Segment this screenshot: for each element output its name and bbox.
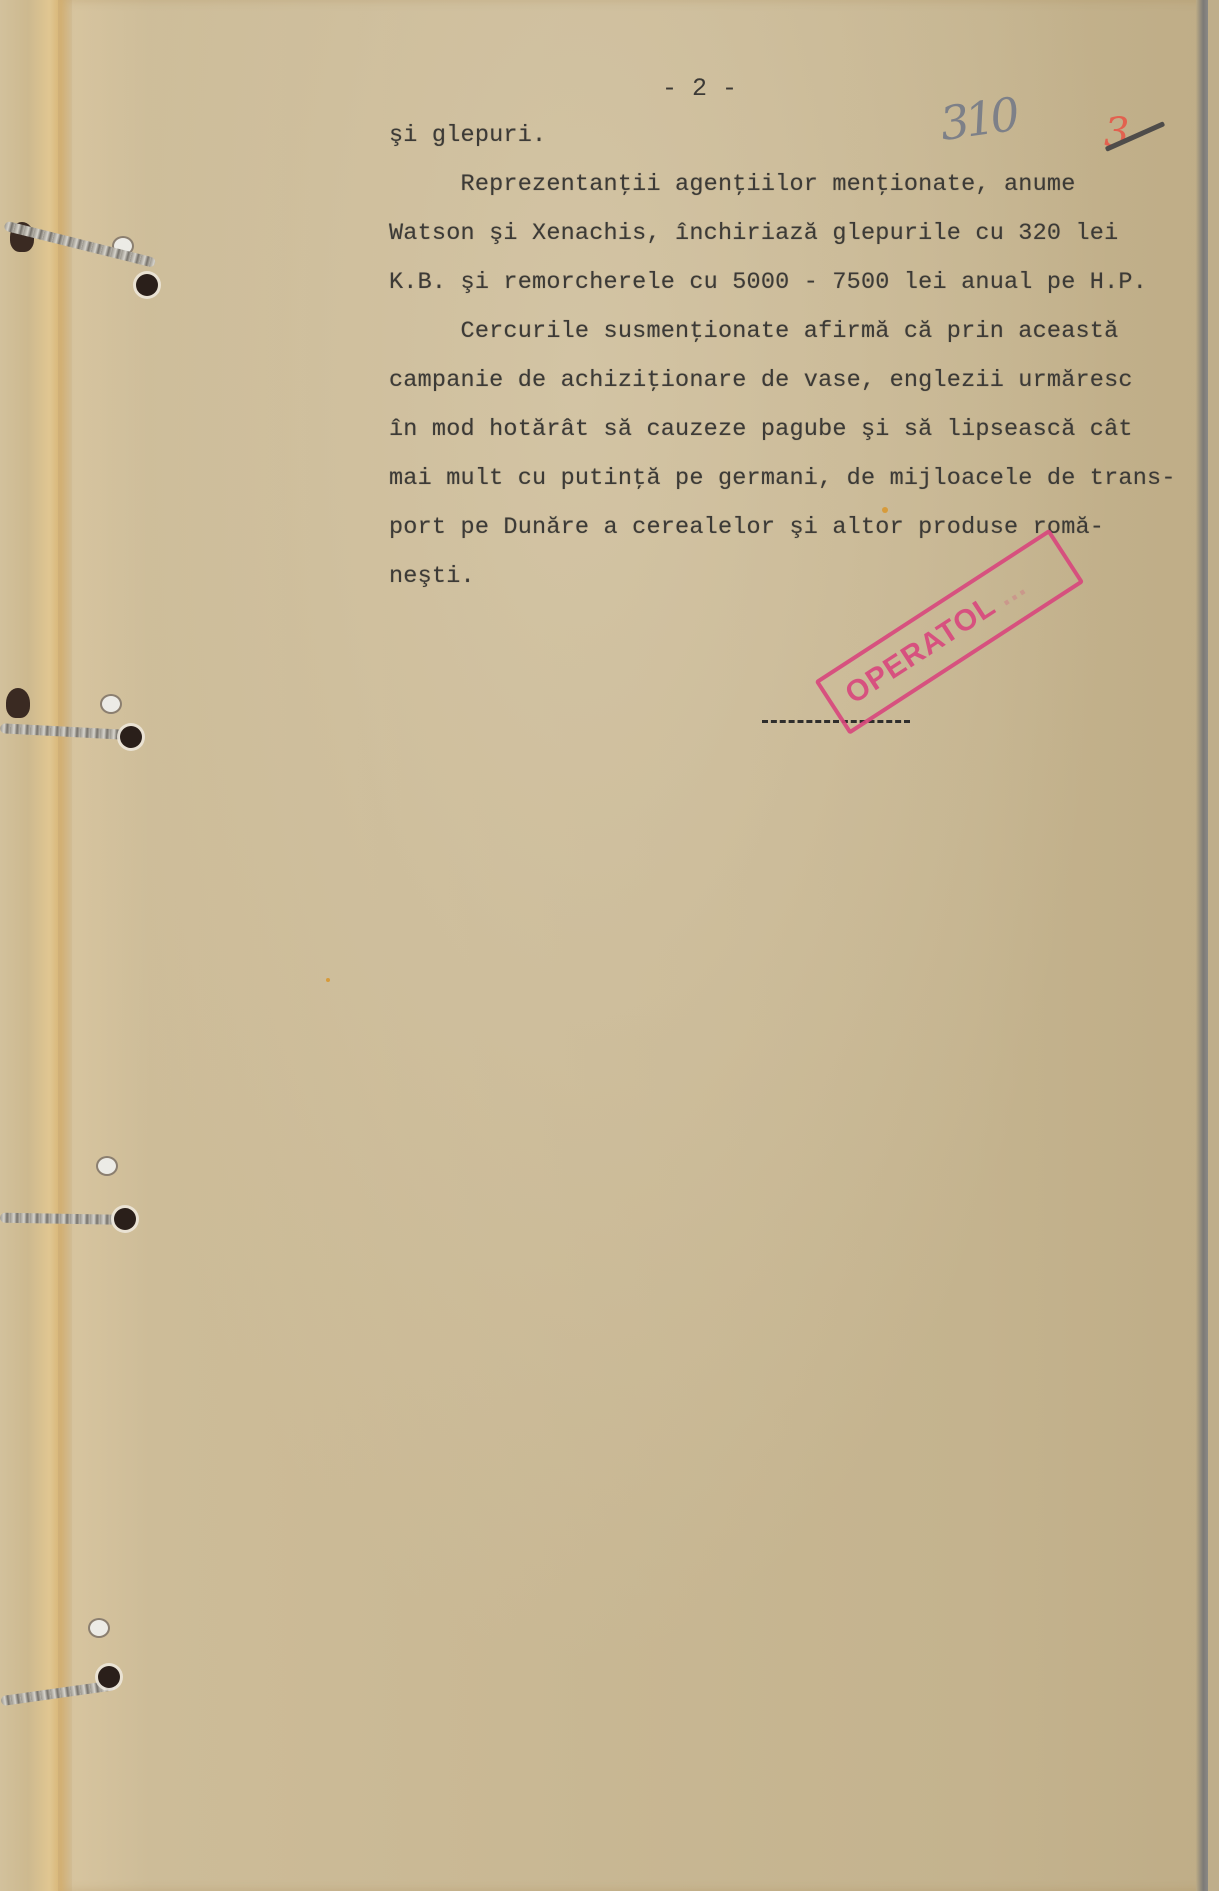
eyelet <box>96 1156 118 1176</box>
text-line: neşti. <box>389 563 475 590</box>
text-line: mai mult cu putinţă pe germani, de mijlo… <box>389 465 1176 492</box>
folio-pencil-number: 310 <box>937 87 1020 151</box>
text-line: Reprezentanţii agenţiilor menţionate, an… <box>389 171 1076 198</box>
eyelet <box>88 1618 110 1638</box>
text-line: campanie de achiziţionare de vase, engle… <box>389 367 1133 394</box>
text-line: şi glepuri. <box>389 122 546 149</box>
text-line: în mod hotărât să cauzeze pagube şi să l… <box>389 416 1133 443</box>
punch-hole <box>98 1666 120 1688</box>
text-line: port pe Dunăre a cerealelor şi altor pro… <box>389 514 1104 541</box>
page-number: - 2 - <box>662 74 737 103</box>
separator-line <box>762 720 910 723</box>
punch-hole <box>136 274 158 296</box>
text-line: Watson şi Xenachis, închiriază glepurile… <box>389 220 1118 247</box>
torn-hole <box>6 688 30 718</box>
punch-hole <box>120 726 142 748</box>
text-line: Cercurile susmenţionate afirmă că prin a… <box>389 318 1118 345</box>
punch-hole <box>114 1208 136 1230</box>
eyelet <box>100 694 122 714</box>
text-line: K.B. şi remorcherele cu 5000 - 7500 lei … <box>389 269 1147 296</box>
paper-fiber <box>882 507 888 513</box>
page-edge <box>1196 0 1208 1891</box>
stamp-faded-text: ... <box>990 570 1032 614</box>
paper-fiber <box>326 978 330 982</box>
binding-fold <box>50 0 72 1891</box>
